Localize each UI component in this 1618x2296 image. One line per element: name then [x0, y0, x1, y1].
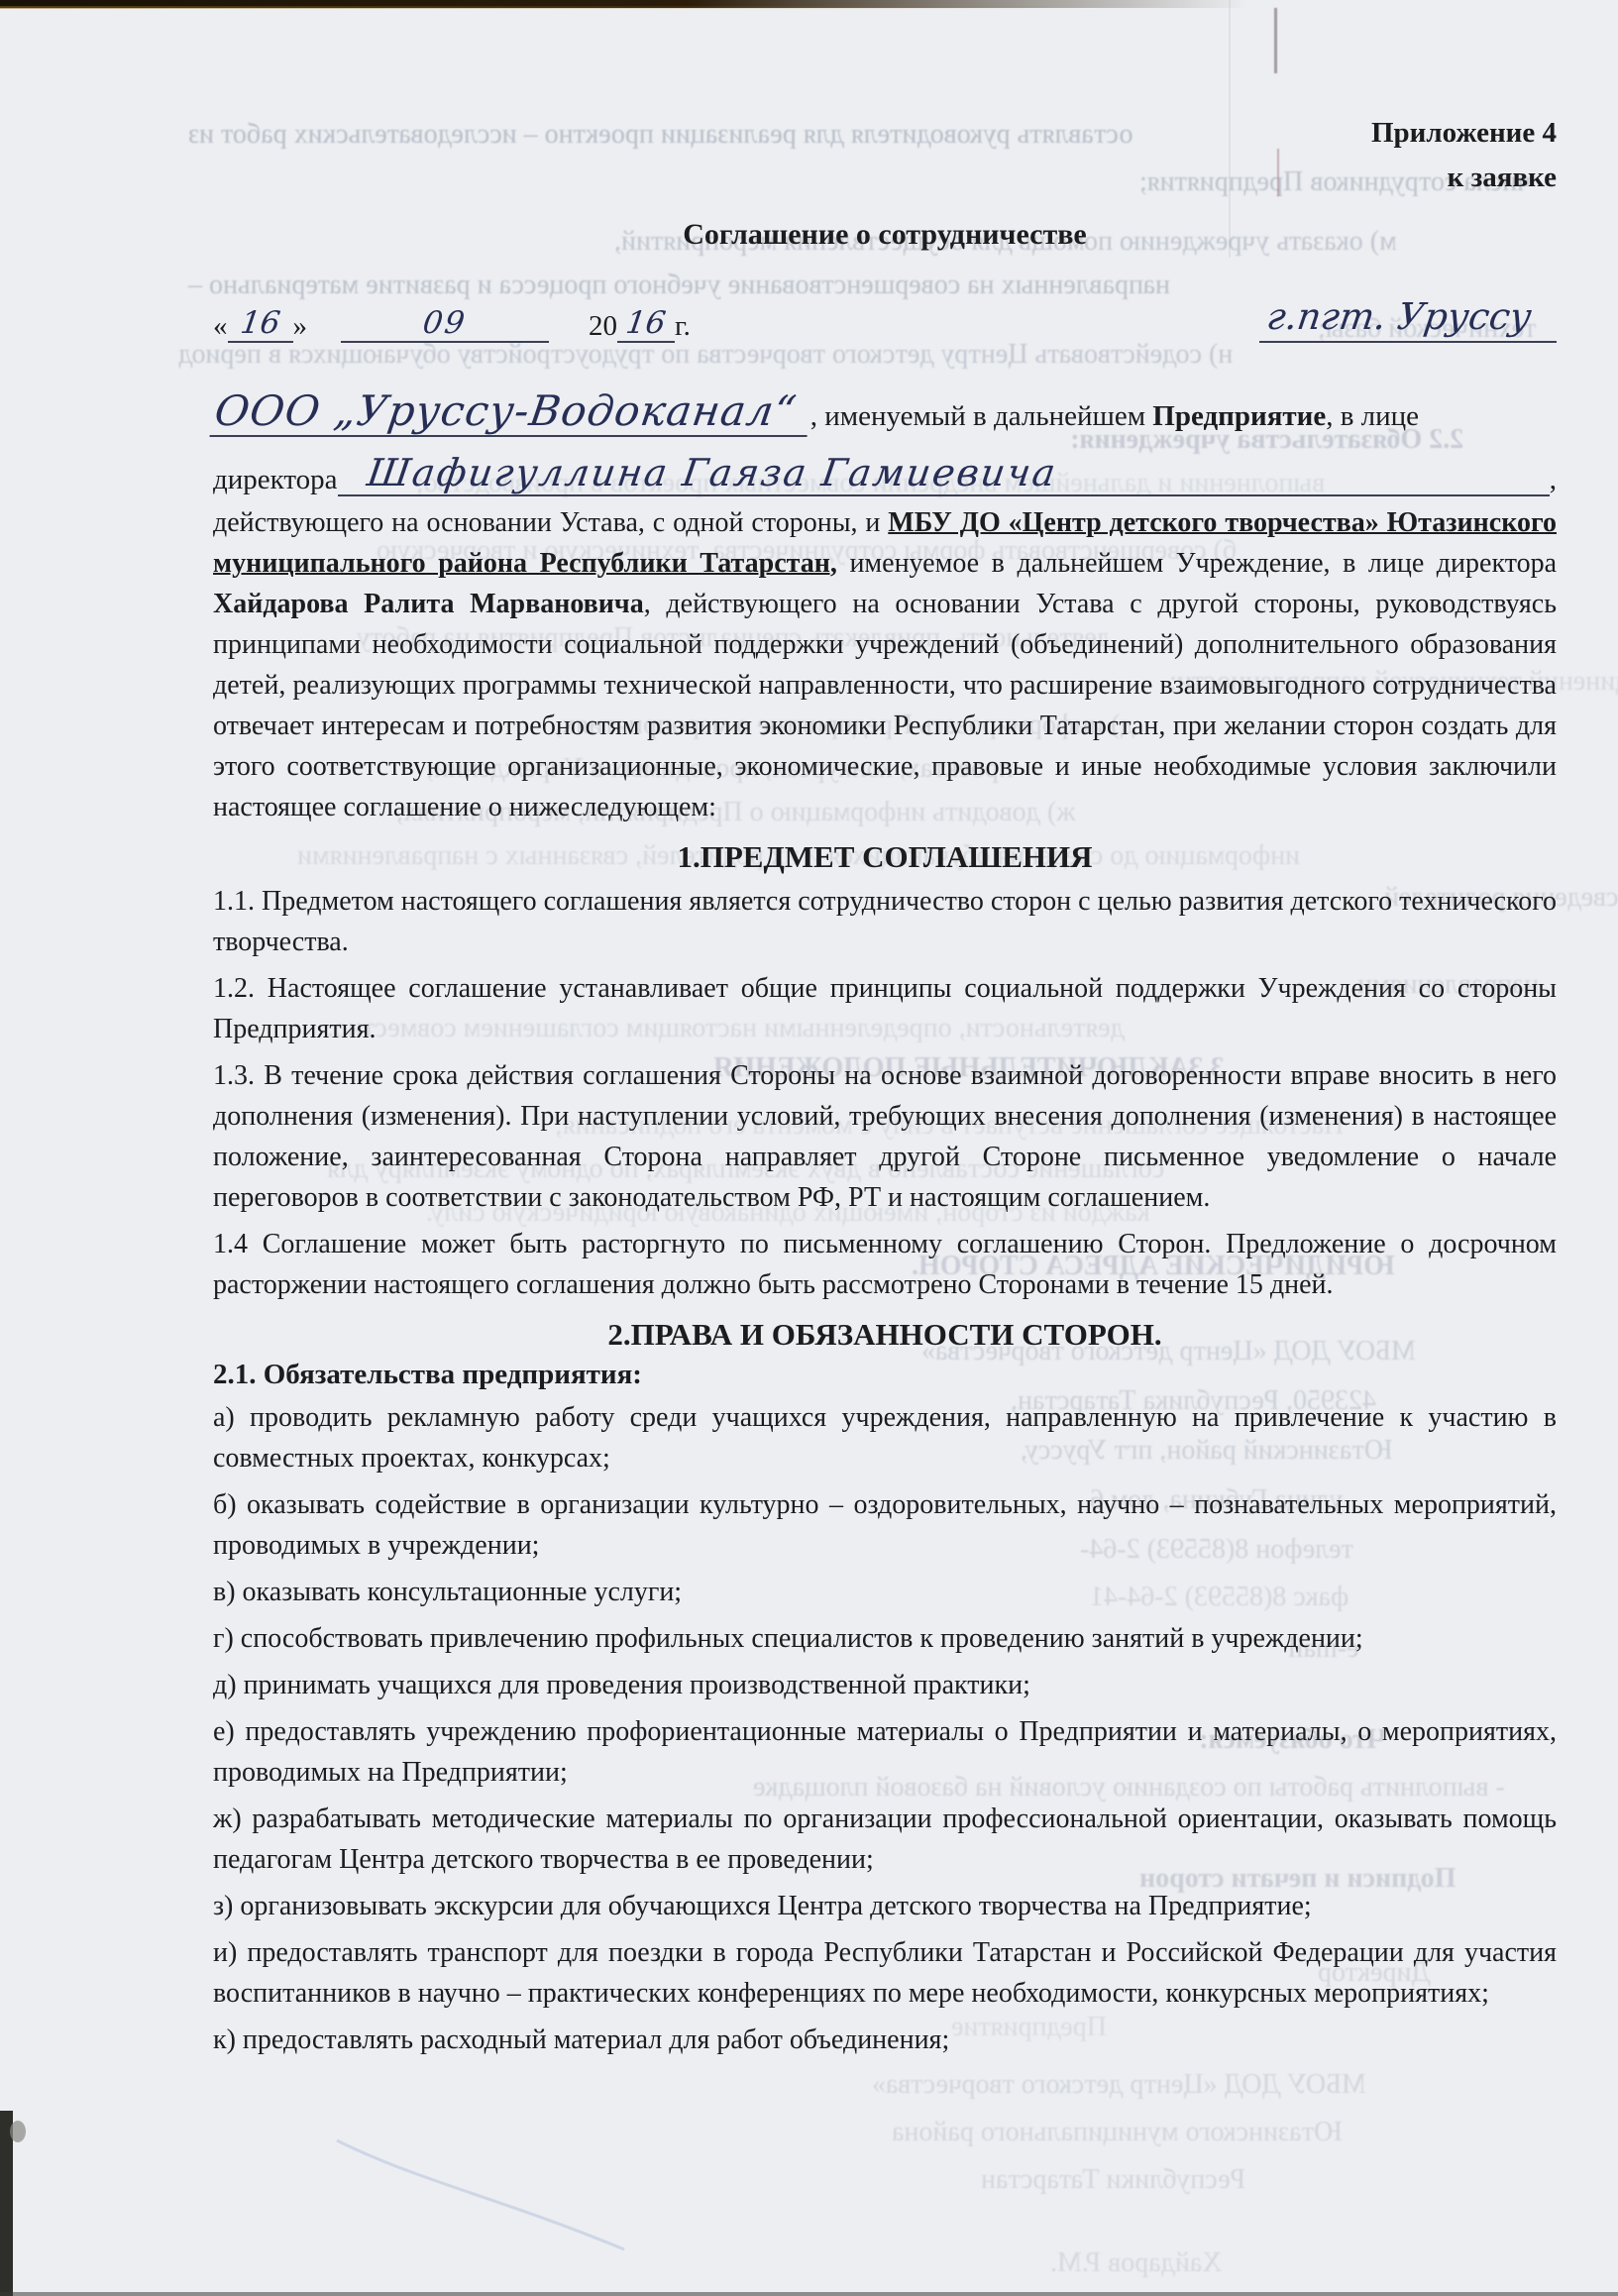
scan-smudge — [10, 2121, 26, 2142]
clause-1-4: 1.4 Соглашение может быть расторгнуто по… — [213, 1224, 1557, 1305]
clause-1-1: 1.1. Предметом настоящего соглашения явл… — [213, 881, 1557, 962]
obligation-item-zh: ж) разрабатывать методические материалы … — [213, 1799, 1557, 1880]
quote-close: » — [293, 310, 308, 343]
after-org-text: , именуемый в дальнейшем — [810, 400, 1153, 432]
obligation-item-g: г) способствовать привлечению профильных… — [213, 1618, 1557, 1659]
institution-director-name: Хайдарова Ралита Марвановича — [213, 589, 644, 619]
obligation-item-b: б) оказывать содействие в организации ку… — [213, 1484, 1557, 1566]
clause-1-2: 1.2. Настоящее соглашение устанавливает … — [213, 968, 1557, 1049]
director-line: директора Шафигуллина Гаяза Гамиевича , — [213, 451, 1557, 496]
obligation-item-z: з) организовывать экскурсии для обучающи… — [213, 1886, 1557, 1926]
handwritten-director-name: Шафигуллина Гаяза Гамиевича — [364, 451, 1059, 494]
clause-2-1-subheading: 2.1. Обязательства предприятия: — [213, 1359, 1557, 1391]
handwritten-month: 09 — [421, 305, 470, 341]
bleedthrough-text: МБОУ ДОД «Центр детского творчества» — [872, 2069, 1366, 2101]
after-enterprise-text: , в лице — [1326, 400, 1419, 432]
handwritten-day: 16 — [238, 305, 282, 341]
handwritten-year: 16 — [624, 305, 669, 341]
trailing-comma: , — [1550, 464, 1557, 496]
party-enterprise-line: ООО „Уруссу-Водоканал“, именуемый в даль… — [213, 386, 1557, 437]
director-label: директора — [213, 464, 338, 496]
appendix-header: Приложение 4 к заявке — [213, 111, 1557, 200]
blue-pen-squiggle — [327, 2121, 644, 2259]
scan-bottom-edge — [0, 2292, 1618, 2296]
section-1-heading: 1.ПРЕДМЕТ СОГЛАШЕНИЯ — [213, 839, 1557, 875]
bleedthrough-text: Ютазинского муниципального района — [892, 2117, 1343, 2148]
handwritten-organization-name: ООО „Уруссу-Водоканал“ — [209, 386, 813, 437]
clause-1-3: 1.3. В течение срока действия соглашения… — [213, 1055, 1557, 1218]
document-content: Приложение 4 к заявке Соглашение о сотру… — [0, 0, 1618, 2066]
document-title: Соглашение о сотрудничестве — [213, 218, 1557, 252]
obligation-item-v: в) оказывать консультационные услуги; — [213, 1572, 1557, 1612]
obligation-item-i: и) предоставлять транспорт для поездки в… — [213, 1932, 1557, 2014]
obligation-item-d: д) принимать учащихся для проведения про… — [213, 1665, 1557, 1705]
obligation-item-a: а) проводить рекламную работу среди учащ… — [213, 1397, 1557, 1478]
appendix-line-2: к заявке — [213, 156, 1557, 200]
year-g-label: г. — [675, 310, 691, 343]
intro-run-5: , действующего на основании Устава с дру… — [213, 589, 1557, 822]
intro-paragraph: действующего на основании Устава, с одно… — [213, 502, 1557, 827]
year-prefix: 20 — [589, 310, 617, 343]
enterprise-term: Предприятие — [1152, 400, 1326, 432]
bleedthrough-text: Хайдаров Р.М. — [1050, 2247, 1223, 2279]
quote-open: « — [213, 310, 228, 343]
handwritten-place: г.пгт. Уруссу — [1264, 295, 1534, 338]
intro-run-3: именуемое в дальнейшем Учреждение, в лиц… — [837, 548, 1557, 579]
obligation-item-k: к) предоставлять расходный материал для … — [213, 2020, 1557, 2060]
bleedthrough-text: Республики Татарстан — [981, 2164, 1245, 2196]
date-line: « 16 » 09 20 16 г. г.пгт. Уруссу — [213, 285, 1557, 343]
obligation-item-e: е) предоставлять учреждению профориентац… — [213, 1711, 1557, 1793]
appendix-line-1: Приложение 4 — [213, 111, 1557, 156]
section-2-heading: 2.ПРАВА И ОБЯЗАННОСТИ СТОРОН. — [213, 1317, 1557, 1353]
scanned-document-page: оставлять руководителя для реализации пр… — [0, 0, 1618, 2296]
intro-run-1: действующего на основании Устава, с одно… — [213, 507, 888, 538]
